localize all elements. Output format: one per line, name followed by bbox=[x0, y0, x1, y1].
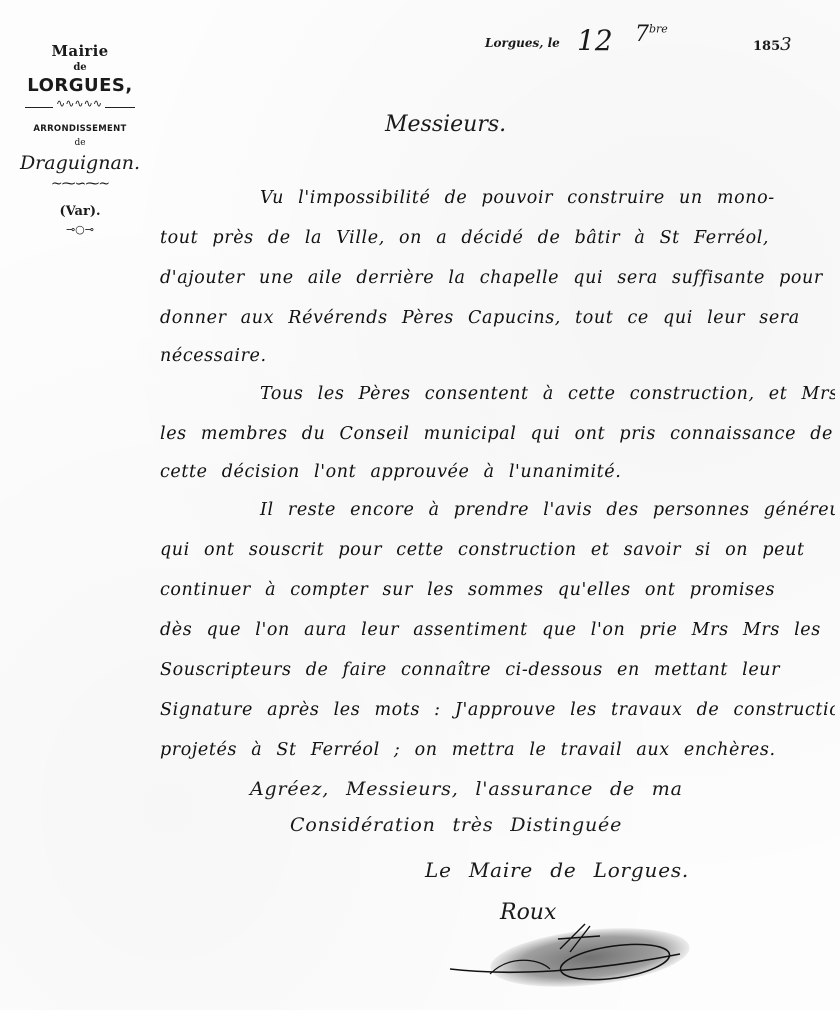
letterhead-department: (Var). bbox=[0, 204, 160, 219]
body-line: nécessaire. bbox=[160, 338, 835, 374]
dateline: Lorgues, le 12 7bre 1853 bbox=[485, 22, 825, 62]
salutation: Messieurs. bbox=[385, 112, 506, 137]
letterhead-rule-ornament bbox=[25, 104, 135, 110]
date-year-printed: 185 bbox=[753, 39, 780, 54]
date-month: 7bre bbox=[635, 22, 668, 47]
closing-line-1: Agréez, Messieurs, l'assurance de ma bbox=[250, 778, 683, 800]
body-line: cette décision l'ont approuvée à l'unani… bbox=[160, 454, 835, 490]
scanned-letter-page: Mairie de LORGUES, ARRONDISSEMENT de Dra… bbox=[0, 0, 840, 1010]
letterhead: Mairie de LORGUES, ARRONDISSEMENT de Dra… bbox=[0, 30, 160, 236]
body-line: projetés à St Ferréol ; on mettra le tra… bbox=[160, 730, 835, 770]
body-line: qui ont souscrit pour cette construction… bbox=[160, 530, 835, 570]
closing-line-2: Considération très Distinguée bbox=[290, 814, 622, 836]
letter-body: Vu l'impossibilité de pouvoir construire… bbox=[160, 178, 835, 770]
body-line: continuer à compter sur les sommes qu'el… bbox=[160, 570, 835, 610]
body-line: Vu l'impossibilité de pouvoir construire… bbox=[160, 178, 835, 218]
body-line: donner aux Révérends Pères Capucins, tou… bbox=[160, 298, 835, 338]
letterhead-de-2: de bbox=[0, 138, 160, 148]
letterhead-city: Draguignan. bbox=[0, 152, 160, 174]
letterhead-town: LORGUES, bbox=[0, 75, 160, 96]
letterhead-mairie: Mairie bbox=[0, 42, 160, 60]
signature: Roux bbox=[450, 900, 700, 1000]
letterhead-de: de bbox=[0, 62, 160, 73]
signature-flourish-icon bbox=[450, 914, 700, 994]
letterhead-arrondissement: ARRONDISSEMENT bbox=[0, 124, 160, 134]
body-line: Il reste encore à prendre l'avis des per… bbox=[160, 490, 835, 530]
body-line: les membres du Conseil municipal qui ont… bbox=[160, 414, 835, 454]
closing-line-3: Le Maire de Lorgues. bbox=[425, 858, 689, 882]
date-year: 1853 bbox=[753, 34, 792, 55]
body-line: Tous les Pères consentent à cette constr… bbox=[160, 374, 835, 414]
date-month-number: 7 bbox=[635, 22, 649, 47]
body-line: dès que l'on aura leur assentiment que l… bbox=[160, 610, 835, 650]
body-line: Signature après les mots : J'approuve le… bbox=[160, 690, 835, 730]
body-line: Souscripteurs de faire connaître ci-dess… bbox=[160, 650, 835, 690]
letterhead-ornament-icon: ⊸○⊸ bbox=[0, 223, 160, 236]
date-year-handwritten: 3 bbox=[780, 34, 791, 55]
signature-name: Roux bbox=[500, 900, 556, 925]
body-line: tout près de la Ville, on a décidé de bâ… bbox=[160, 218, 835, 258]
body-line: d'ajouter une aile derrière la chapelle … bbox=[160, 258, 835, 298]
date-month-suffix: bre bbox=[649, 23, 668, 36]
date-day: 12 bbox=[577, 24, 613, 57]
date-place: Lorgues, le bbox=[485, 36, 560, 50]
flourish-ornament-icon: ~⁓∽⁓~ bbox=[0, 176, 160, 192]
